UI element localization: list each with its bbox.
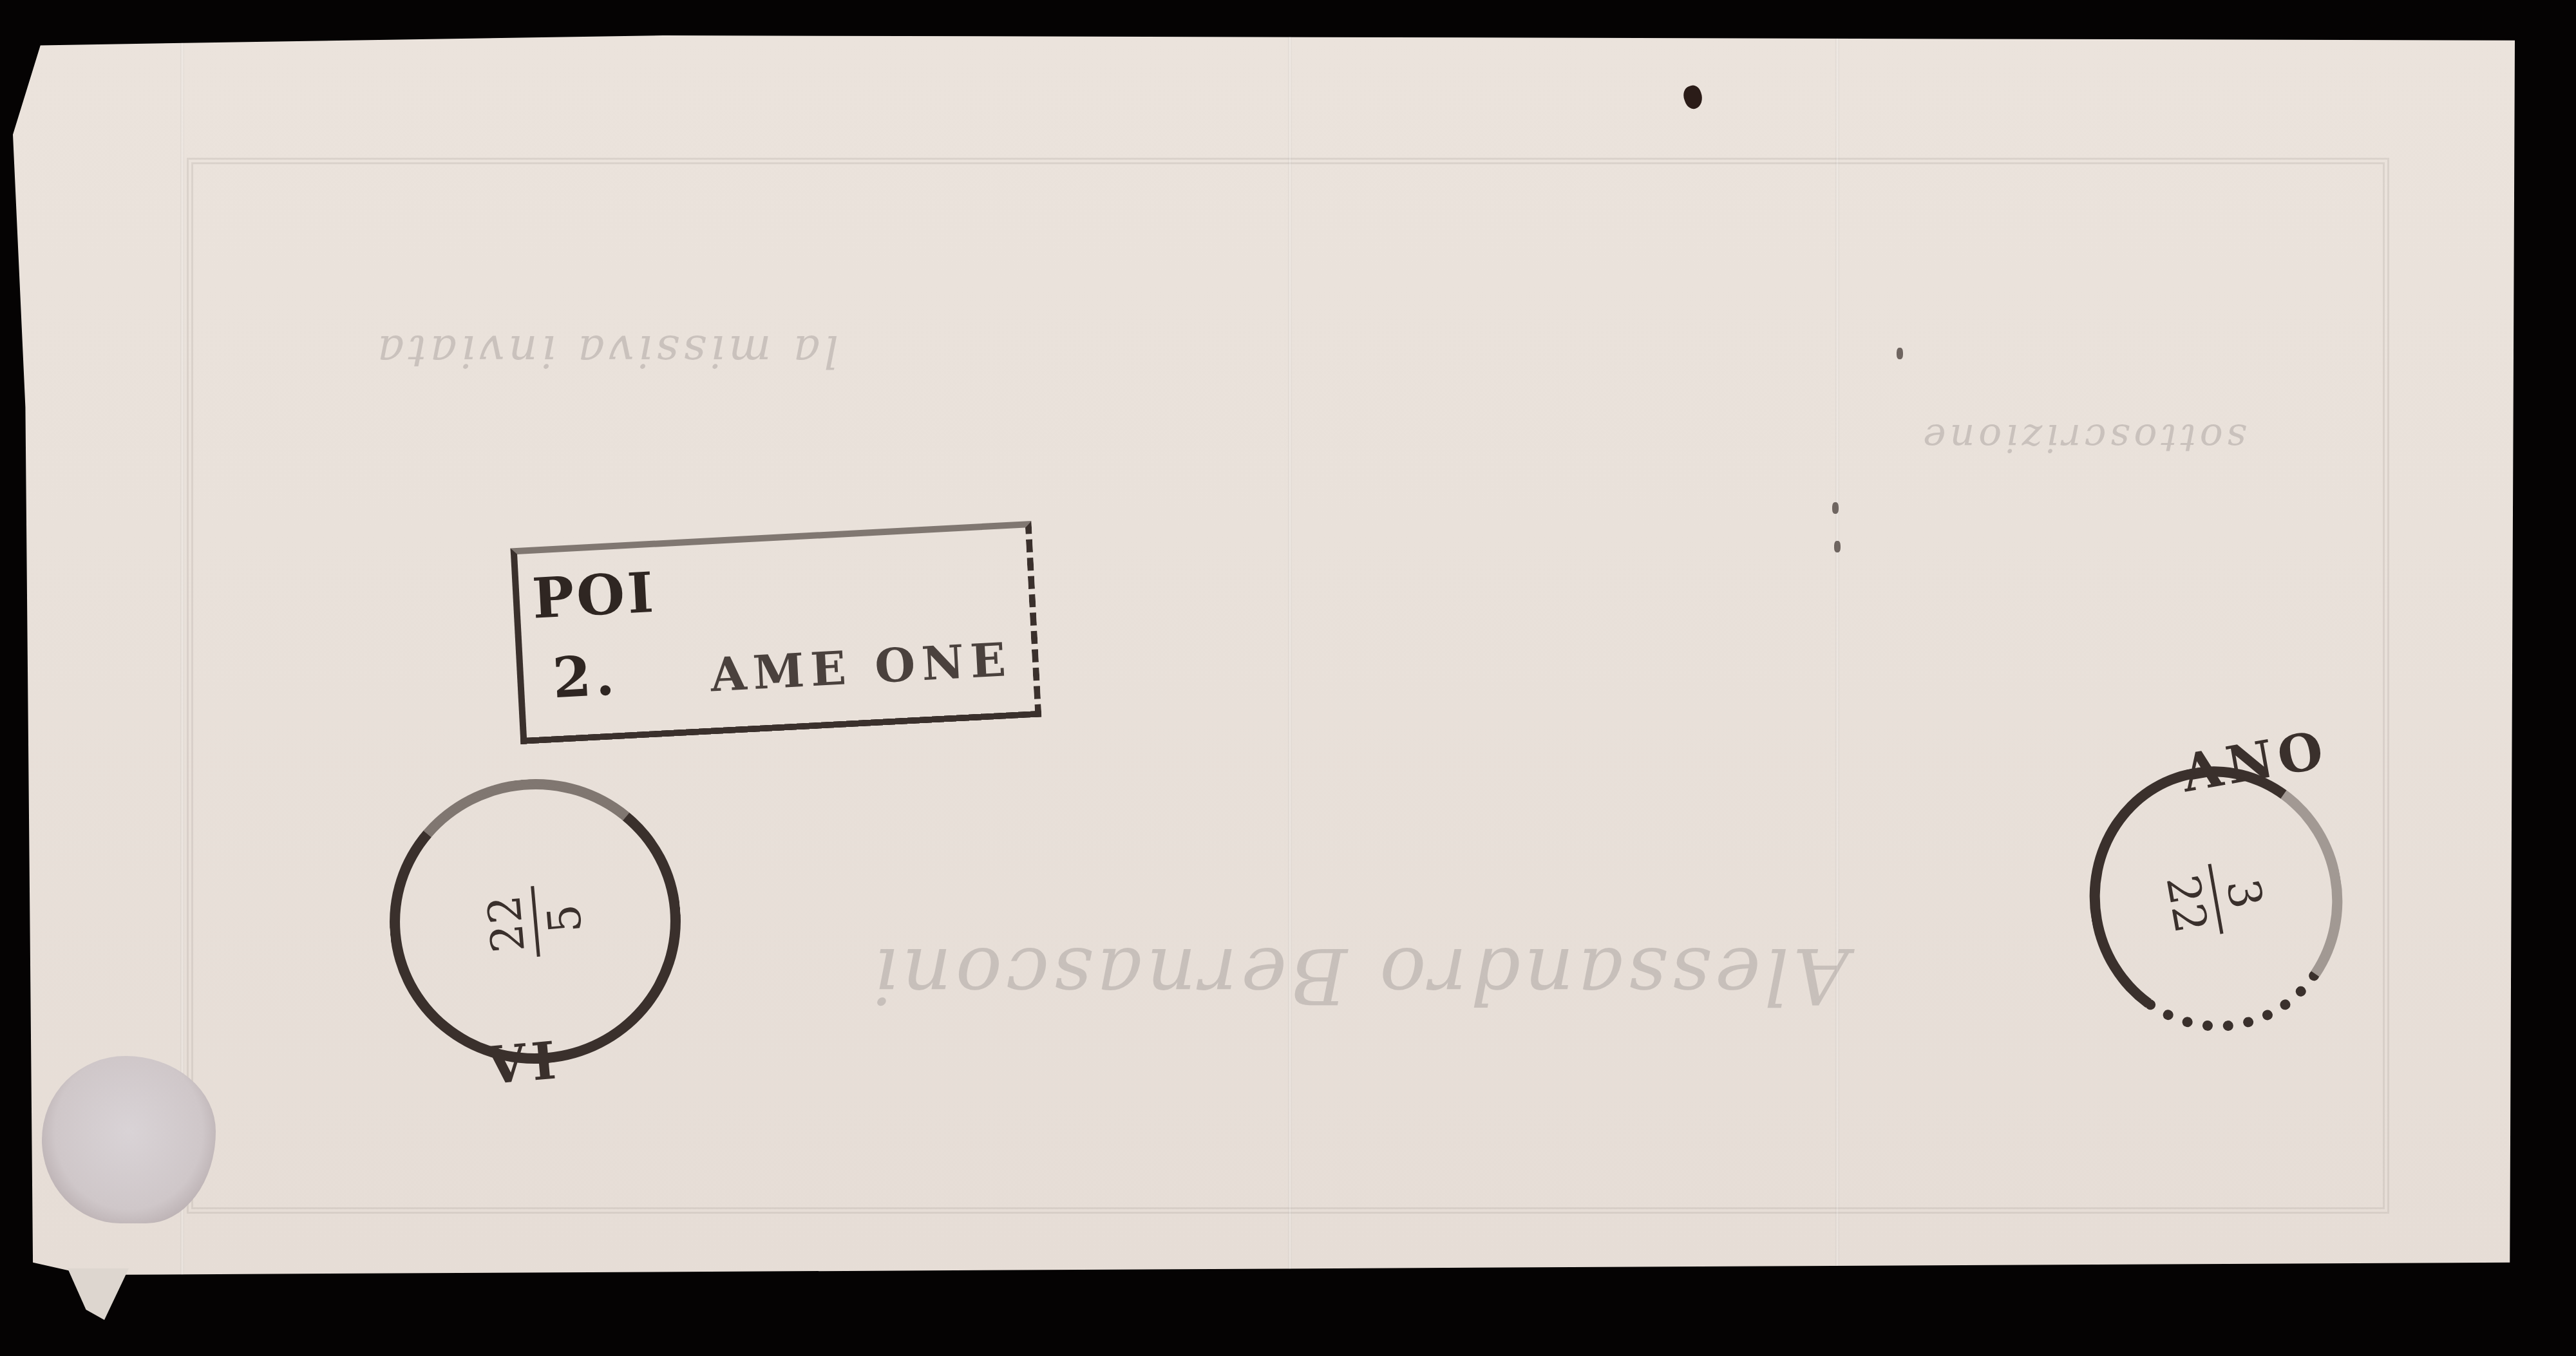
ink-speck <box>1832 502 1839 514</box>
postmark-date-top: 22 <box>477 893 535 955</box>
torn-paper-tab <box>68 1268 129 1320</box>
ink-speck <box>1897 348 1903 359</box>
postmark-date-top: 3 <box>2217 875 2273 912</box>
cancel-line-2-right: AME ONE <box>709 632 1014 702</box>
postmark-date-bottom: 5 <box>537 902 592 936</box>
ink-speck <box>1834 541 1841 552</box>
letter-sheet: Alessandro Bernasconi la missiva inviata… <box>13 35 2515 1275</box>
postmark-date: 22 5 <box>480 881 590 961</box>
wax-seal-remnant <box>42 1056 216 1223</box>
fold-crease <box>1288 35 1292 1275</box>
cancel-line-2-left: 2. <box>551 643 620 711</box>
boxed-town-cancel: POI 2. AME ONE <box>511 521 1042 744</box>
cancel-line-1: POI <box>531 560 658 632</box>
show-through-text: Alessandro Bernasconi <box>869 930 1849 1020</box>
show-through-text: la missiva inviata <box>374 325 838 378</box>
postmark-town: IA <box>479 1028 558 1095</box>
postmark-date: 3 22 <box>2159 855 2273 943</box>
postmark-date-bottom: 22 <box>2156 871 2218 937</box>
show-through-text: sottoscrizione <box>1919 415 2247 460</box>
fold-crease <box>1835 35 1839 1275</box>
